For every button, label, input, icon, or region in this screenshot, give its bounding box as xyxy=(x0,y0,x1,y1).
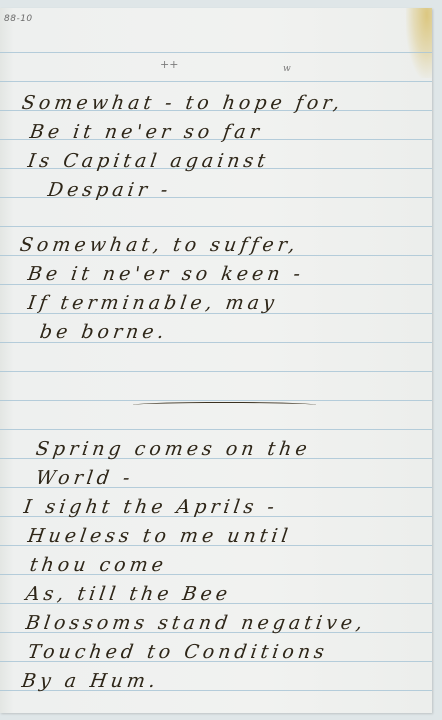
poem-line: Be it ne'er so keen - xyxy=(26,263,305,285)
manuscript-page: 88-10 ++ w Somewhat - to hope for, Be it… xyxy=(0,8,432,713)
poem-line: Spring comes on the xyxy=(34,438,312,460)
pen-divider xyxy=(133,402,316,406)
paper-stain xyxy=(406,8,432,78)
poem-line: I sight the Aprils - xyxy=(22,496,279,518)
poem-line: thou come xyxy=(28,554,168,576)
pencil-mark-crosses: ++ xyxy=(160,58,178,71)
ruled-line xyxy=(0,371,432,372)
poem-line: By a Hum. xyxy=(20,670,160,692)
poem-line: Touched to Conditions xyxy=(26,641,329,663)
ruled-line xyxy=(0,52,432,53)
poem-line: Hueless to me until xyxy=(26,525,293,547)
poem-line: Somewhat - to hope for, xyxy=(20,92,345,114)
poem-line: Is Capital against xyxy=(26,150,270,172)
poem-line: As, till the Bee xyxy=(24,583,232,605)
poem-line: Be it ne'er so far xyxy=(28,121,264,143)
poem-line: Blossoms stand negative, xyxy=(24,612,367,634)
archive-number: 88-10 xyxy=(4,14,33,24)
poem-line: Despair - xyxy=(46,179,172,201)
poem-line: Somewhat, to suffer, xyxy=(18,234,300,256)
poem-line: be borne. xyxy=(38,321,169,343)
ruled-line xyxy=(0,429,432,430)
ruled-line xyxy=(0,400,432,401)
poem-line: World - xyxy=(34,467,135,489)
pencil-mark-w: w xyxy=(283,64,291,74)
ruled-line xyxy=(0,81,432,82)
ruled-line xyxy=(0,226,432,227)
poem-line: If terminable, may xyxy=(26,292,279,314)
